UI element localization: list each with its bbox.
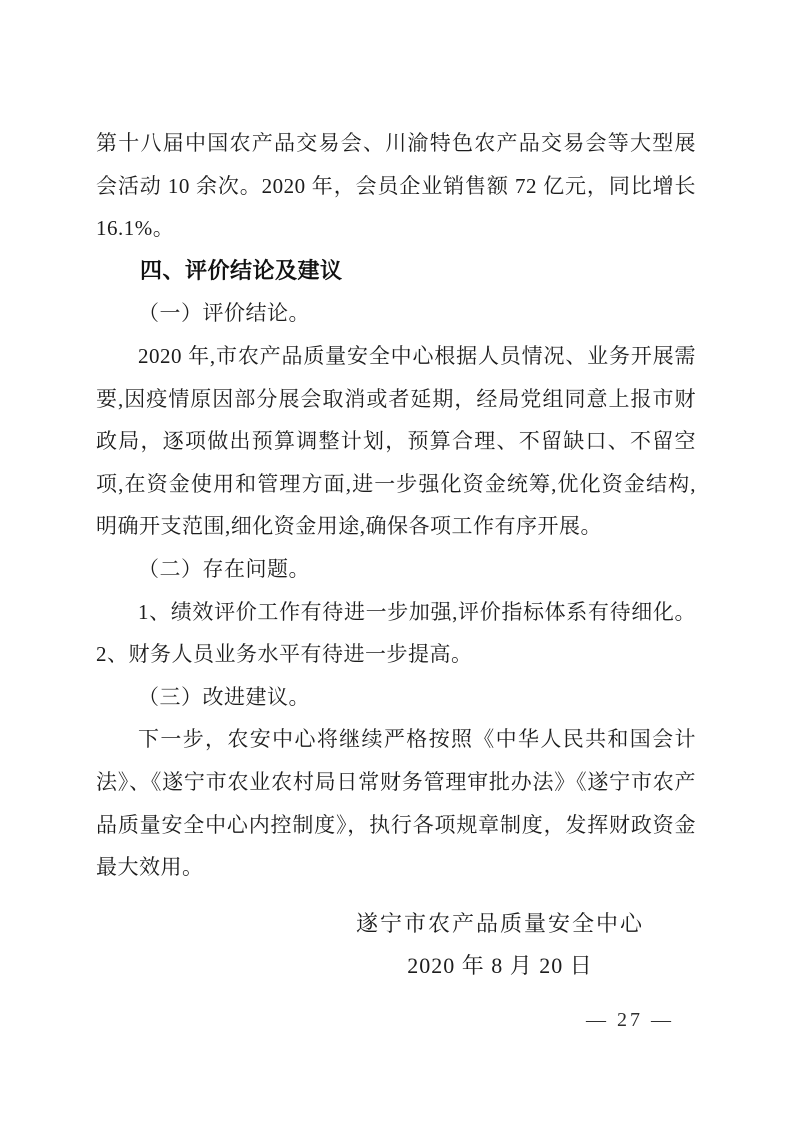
- document-body: 第十八届中国农产品交易会、川渝特色农产品交易会等大型展会活动 10 余次。202…: [96, 122, 696, 889]
- signature-date: 2020 年 8 月 20 日: [300, 945, 700, 987]
- page-number: — 27 —: [586, 1006, 674, 1034]
- paragraph-suggestions: 下一步，农安中心将继续严格按照《中华人民共和国会计法》、《遂宁市农业农村局日常财…: [96, 718, 696, 888]
- sub-heading-suggestions: （三）改进建议。: [96, 676, 696, 719]
- sub-heading-conclusion: （一）评价结论。: [96, 292, 696, 335]
- paragraph-problems: 1、绩效评价工作有待进一步加强,评价指标体系有待细化。2、财务人员业务水平有待进…: [96, 591, 696, 676]
- signature-organization: 遂宁市农产品质量安全中心: [300, 903, 700, 945]
- paragraph-intro-continued: 第十八届中国农产品交易会、川渝特色农产品交易会等大型展会活动 10 余次。202…: [96, 122, 696, 250]
- signature-block: 遂宁市农产品质量安全中心 2020 年 8 月 20 日: [300, 903, 700, 987]
- document-page: 第十八届中国农产品交易会、川渝特色农产品交易会等大型展会活动 10 余次。202…: [0, 0, 793, 1122]
- sub-heading-problems: （二）存在问题。: [96, 548, 696, 591]
- section-heading-evaluation-conclusions: 四、评价结论及建议: [96, 250, 696, 293]
- paragraph-conclusion: 2020 年,市农产品质量安全中心根据人员情况、业务开展需要,因疫情原因部分展会…: [96, 335, 696, 548]
